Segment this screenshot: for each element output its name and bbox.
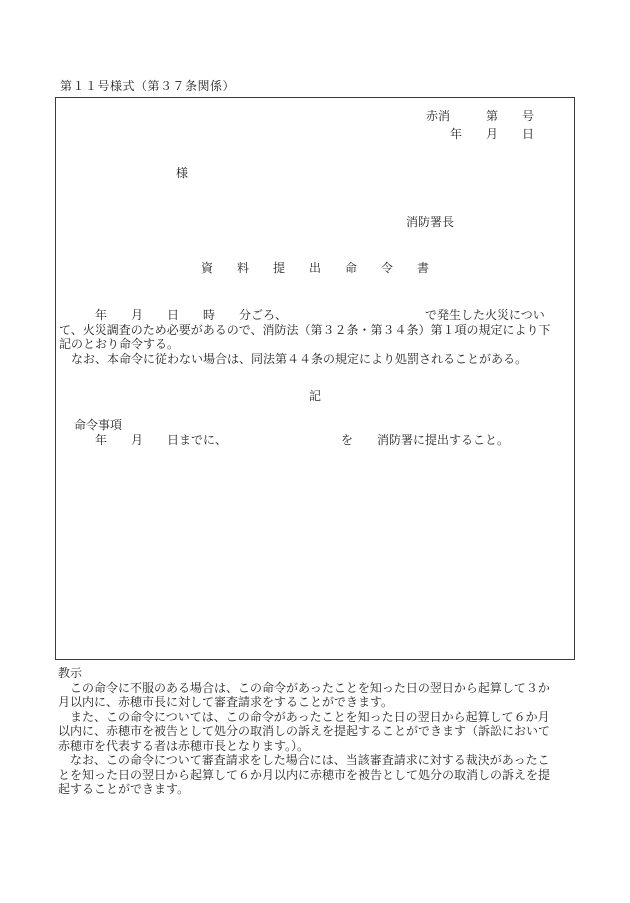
order-form-box: 赤消 第 号 年 月 日 様 消防署長 資 料 提 出 命 令 書 年 月 日 … xyxy=(55,97,575,660)
addressee-label: 様 xyxy=(176,164,188,181)
document-page: 第１１号様式（第３７条関係） 赤消 第 号 年 月 日 様 消防署長 資 料 提… xyxy=(0,0,630,903)
doc-date-line: 年 月 日 xyxy=(426,125,534,143)
ki-separator-label: 記 xyxy=(56,387,574,404)
doc-meta-block: 赤消 第 号 年 月 日 xyxy=(426,107,534,143)
notice-line: 月以内に、赤穂市長に対して審査請求をすることができます。 xyxy=(58,695,572,710)
notice-line: また、この命令については、この命令があったことを知った日の翌日から起算して６か月 xyxy=(58,710,572,725)
order-section: 命令事項 年 月 日までに、 を 消防署に提出すること。 xyxy=(59,418,573,447)
notice-line: 起することができます。 xyxy=(58,782,572,797)
notice-line: なお、この命令について審査請求をした場合には、当該審査請求に対する裁決があったこ xyxy=(58,753,572,768)
form-number-label: 第１１号様式（第３７条関係） xyxy=(60,77,235,94)
body-line: 年 月 日 時 分ごろ、 で発生した火災につい xyxy=(59,308,573,323)
notice-heading: 教示 xyxy=(58,666,572,681)
notice-line: この命令に不服のある場合は、この命令があったことを知った日の翌日から起算して３か xyxy=(58,681,572,696)
issuer-label: 消防署長 xyxy=(406,213,454,230)
notice-line: 赤穂市を代表する者は赤穂市長となります。）。 xyxy=(58,739,572,754)
notice-line: 以内に、赤穂市を被告として処分の取消しの訴えを提起することができます（訴訟におい… xyxy=(58,724,572,739)
body-line: なお、本命令に従わない場合は、同法第４４条の規定により処罰されることがある。 xyxy=(59,352,573,367)
body-line: て、火災調査のため必要があるので、消防法（第３２条・第３４条）第１項の規定により… xyxy=(59,323,573,338)
notice-line: とを知った日の翌日から起算して６か月以内に赤穂市を被告として処分の取消しの訴えを… xyxy=(58,768,572,783)
document-title: 資 料 提 出 命 令 書 xyxy=(56,259,574,276)
body-line: 記のとおり命令する。 xyxy=(59,337,573,352)
body-paragraph: 年 月 日 時 分ごろ、 で発生した火災につい て、火災調査のため必要があるので… xyxy=(59,308,573,366)
doc-number-line: 赤消 第 号 xyxy=(426,107,534,125)
order-line: 年 月 日までに、 を 消防署に提出すること。 xyxy=(59,433,573,448)
notice-section: 教示 この命令に不服のある場合は、この命令があったことを知った日の翌日から起算し… xyxy=(58,666,572,797)
order-heading: 命令事項 xyxy=(74,418,573,433)
